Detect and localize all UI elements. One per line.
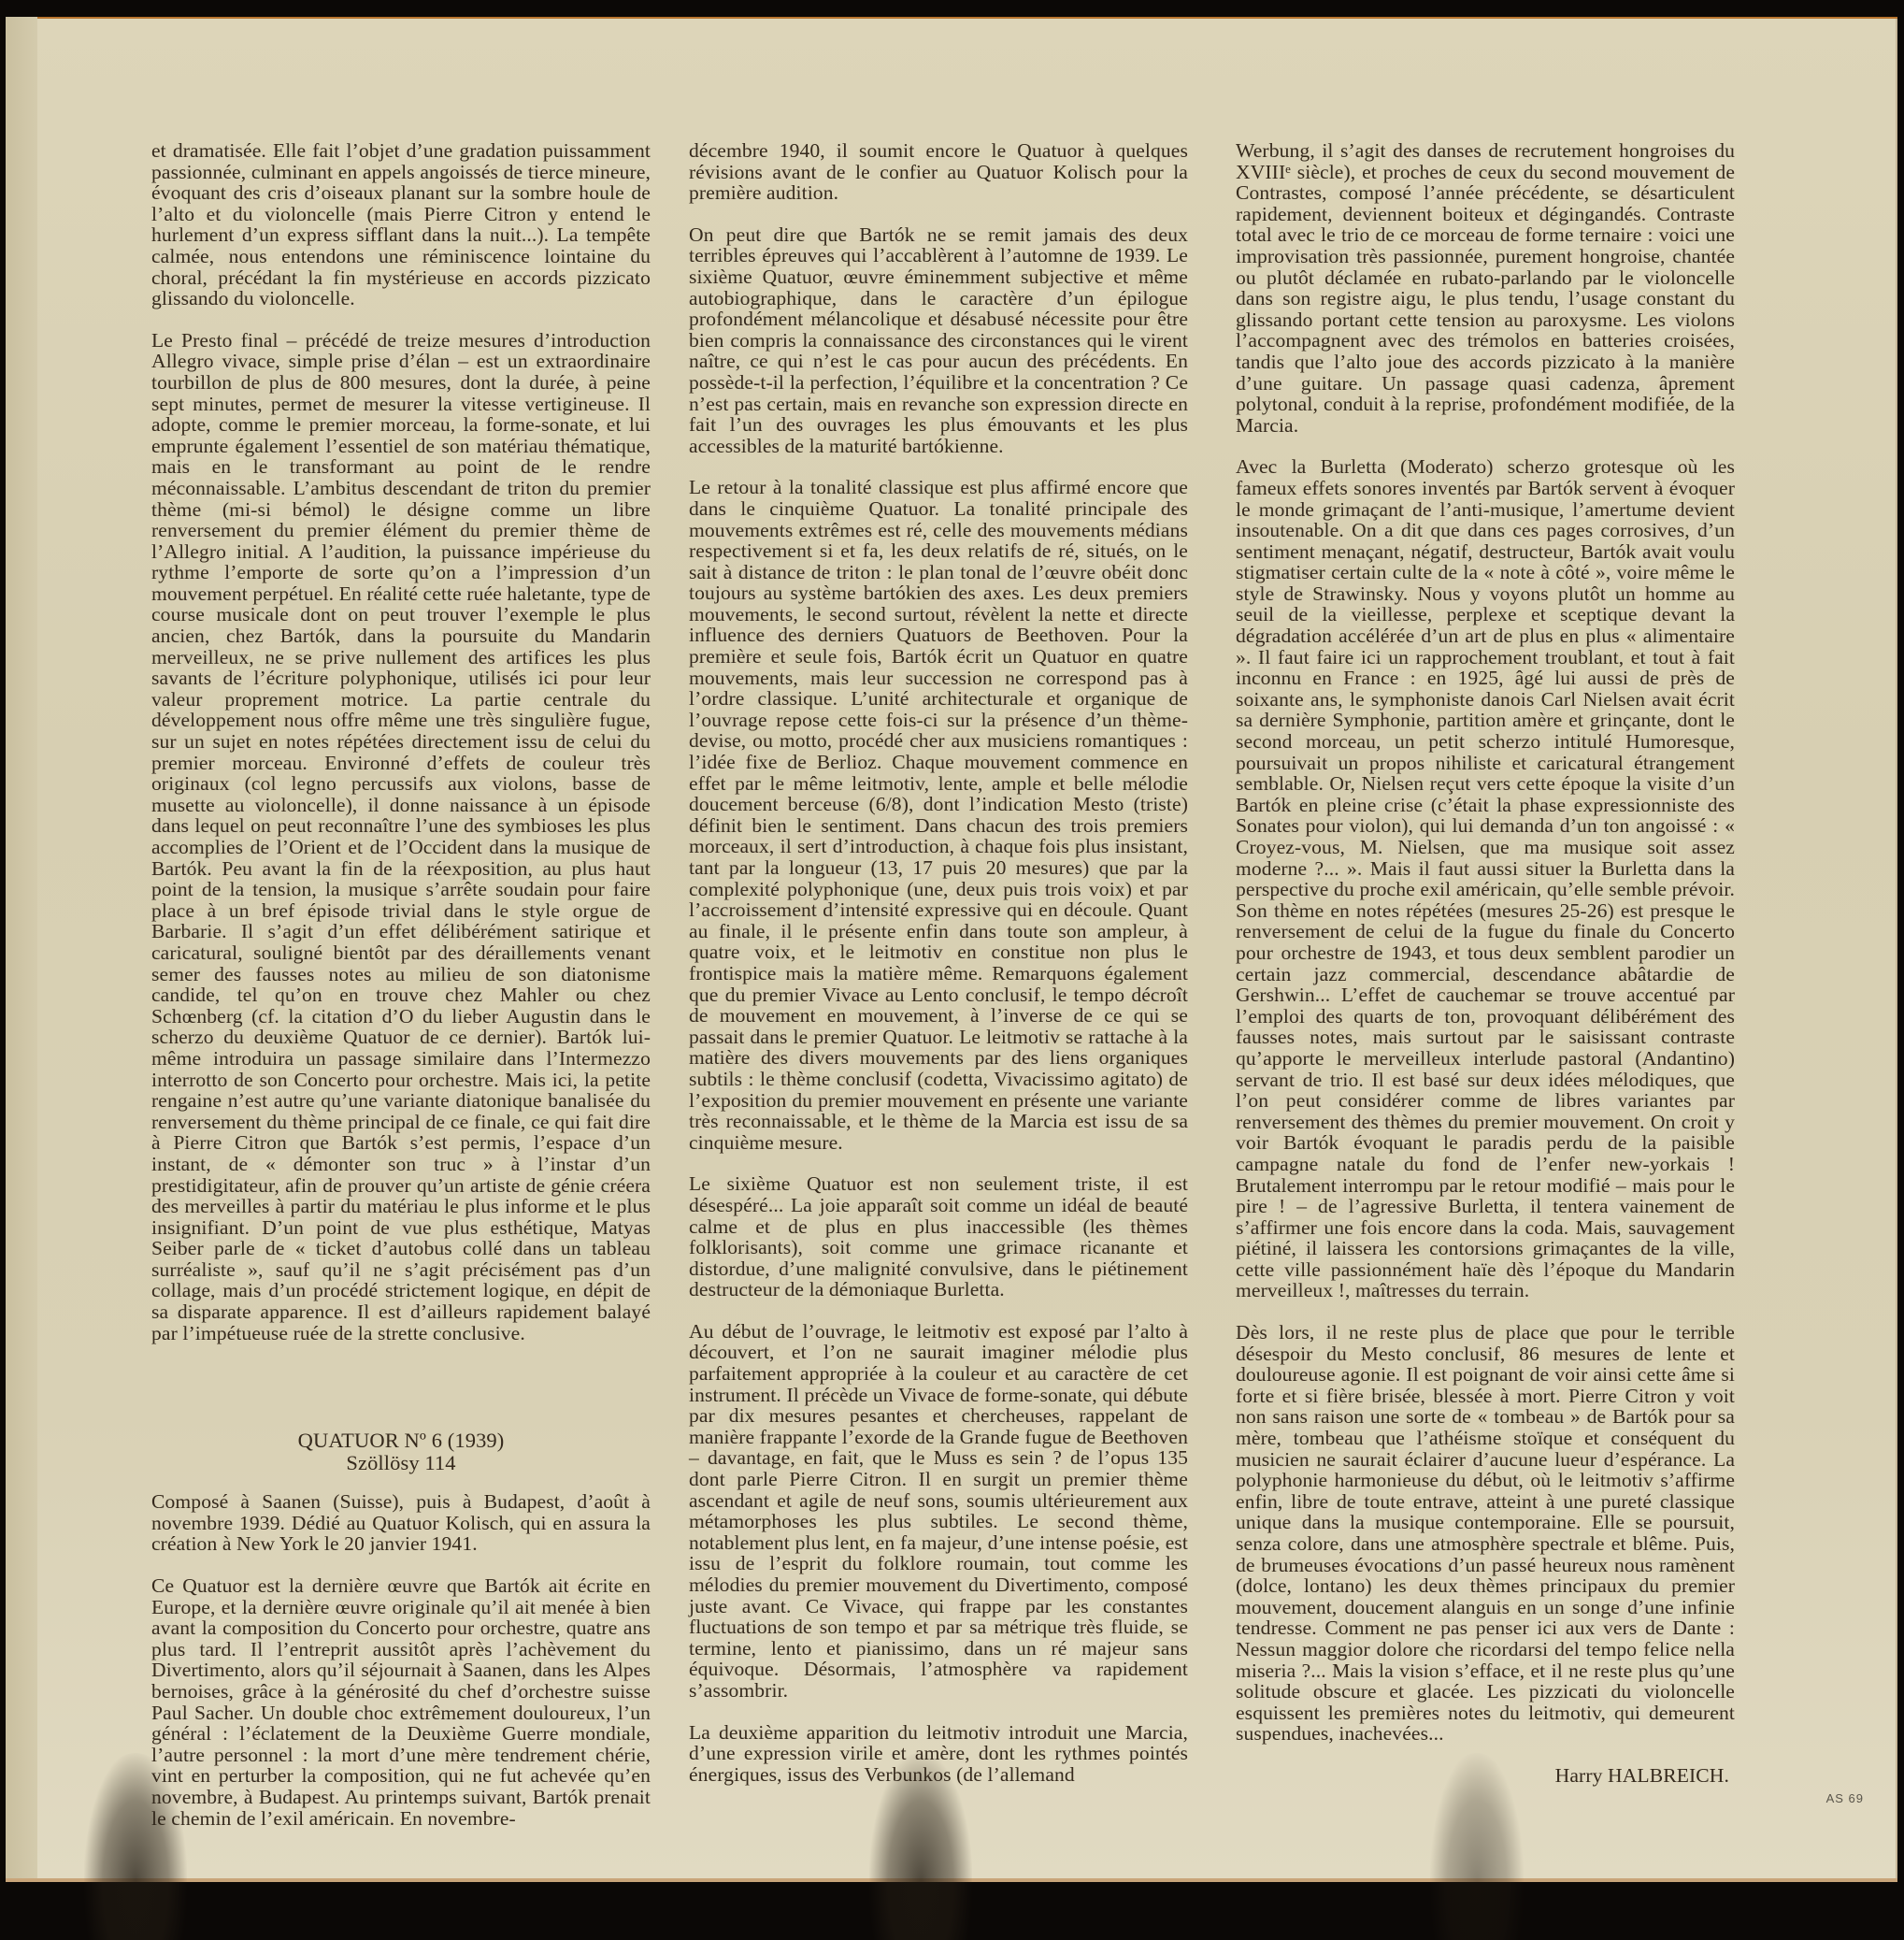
paragraph: On peut dire que Bartók ne se remit jama… <box>689 224 1188 457</box>
paragraph: Le retour à la tonalité classique est pl… <box>689 477 1188 1153</box>
text-column-3: Werbung, il s’agit des danses de recrute… <box>1236 140 1735 1787</box>
finger-shadow <box>869 1753 972 1940</box>
finger-shadow <box>84 1753 187 1940</box>
paragraph: Composé à Saanen (Suisse), puis à Budape… <box>151 1491 651 1555</box>
section-heading: QUATUOR Nº 6 (1939) Szöllösy 114 <box>151 1430 651 1474</box>
text-column-1: et dramatisée. Elle fait l’objet d’une g… <box>151 140 651 1849</box>
paragraph: Dès lors, il ne reste plus de place que … <box>1236 1322 1735 1745</box>
catalog-code: AS 69 <box>1826 1791 1864 1805</box>
record-sleeve-back: et dramatisée. Elle fait l’objet d’une g… <box>6 17 1897 1882</box>
paragraph: Au début de l’ouvrage, le leitmotiv est … <box>689 1321 1188 1702</box>
paragraph: et dramatisée. Elle fait l’objet d’une g… <box>151 140 651 309</box>
paragraph: Werbung, il s’agit des danses de recrute… <box>1236 140 1735 436</box>
paragraph: Le Presto final – précédé de treize mesu… <box>151 330 651 1344</box>
paragraph: Avec la Burletta (Moderato) scherzo grot… <box>1236 456 1735 1301</box>
finger-shadow <box>1430 1753 1524 1940</box>
heading-catalog: Szöllösy 114 <box>151 1452 651 1474</box>
paragraph: décembre 1940, il soumit encore le Quatu… <box>689 140 1188 204</box>
heading-title: QUATUOR Nº 6 (1939) <box>151 1430 651 1452</box>
paragraph: Le sixième Quatuor est non seulement tri… <box>689 1173 1188 1301</box>
paragraph: Ce Quatuor est la dernière œuvre que Bar… <box>151 1575 651 1829</box>
text-column-2: décembre 1940, il soumit encore le Quatu… <box>689 140 1188 1805</box>
